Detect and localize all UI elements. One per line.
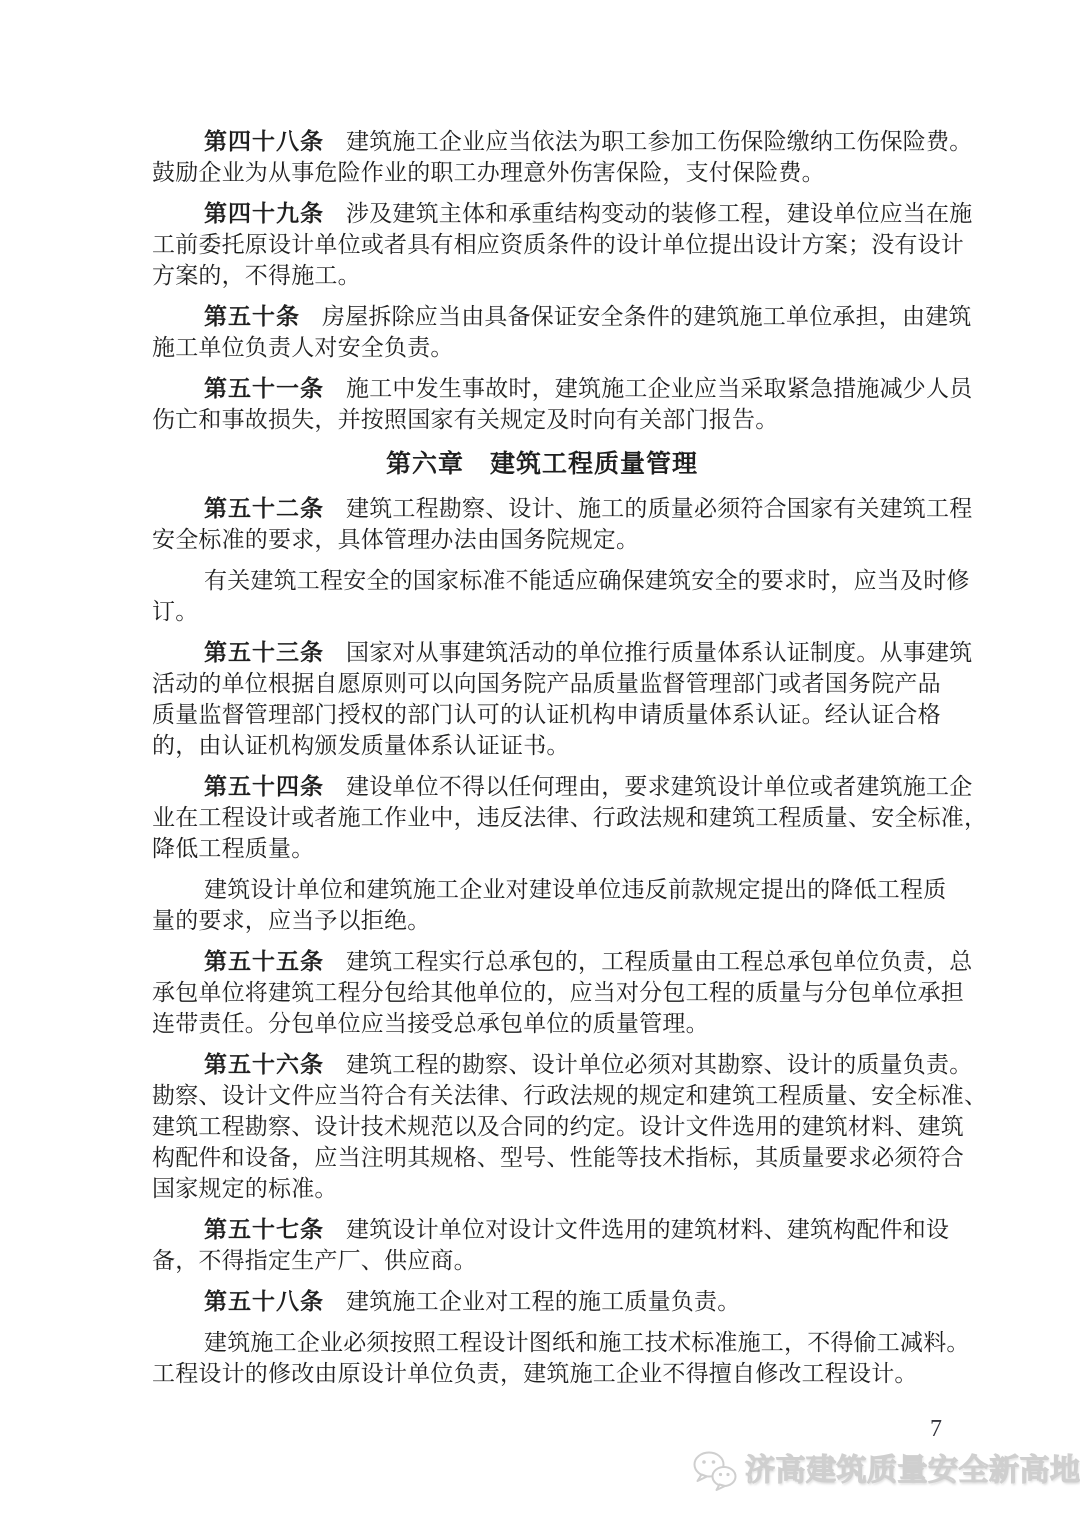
text-line: 伤亡和事故损失，并按照国家有关规定及时向有关部门报告。 — [152, 404, 932, 435]
article-paragraph: 第五十六条建筑工程的勘察、设计单位必须对其勘察、设计的质量负责。勘察、设计文件应… — [152, 1049, 932, 1204]
text-line: 安全标准的要求，具体管理办法由国务院规定。 — [152, 524, 932, 555]
article-number-label: 第五十三条 — [204, 639, 324, 665]
article-paragraph: 第五十三条国家对从事建筑活动的单位推行质量体系认证制度。从事建筑活动的单位根据自… — [152, 637, 932, 761]
text-line: 有关建筑工程安全的国家标准不能适应确保建筑安全的要求时，应当及时修 — [152, 565, 932, 596]
wechat-icon — [692, 1450, 738, 1492]
text-line: 建筑工程勘察、设计技术规范以及合同的约定。设计文件选用的建筑材料、建筑 — [152, 1111, 932, 1142]
text-line: 业在工程设计或者施工作业中，违反法律、行政法规和建筑工程质量、安全标准， — [152, 802, 932, 833]
text-line: 构配件和设备，应当注明其规格、型号、性能等技术指标，其质量要求必须符合 — [152, 1142, 932, 1173]
text-line: 第五十二条建筑工程勘察、设计、施工的质量必须符合国家有关建筑工程 — [152, 493, 932, 524]
article-paragraph: 第五十四条建设单位不得以任何理由，要求建筑设计单位或者建筑施工企业在工程设计或者… — [152, 771, 932, 864]
article-text: 建筑工程勘察、设计、施工的质量必须符合国家有关建筑工程 — [346, 496, 972, 521]
article-number-label: 第五十六条 — [204, 1051, 324, 1077]
document-page: { "page": { "number": "7", "background_c… — [0, 0, 1080, 1527]
article-text: 建筑工程实行总承包的，工程质量由工程总承包单位负责，总 — [346, 949, 972, 974]
text-line: 建筑施工企业必须按照工程设计图纸和施工技术标准施工，不得偷工减料。 — [152, 1327, 932, 1358]
text-line: 第四十八条建筑施工企业应当依法为职工参加工伤保险缴纳工伤保险费。 — [152, 126, 932, 157]
article-paragraph: 第五十八条建筑施工企业对工程的施工质量负责。 — [152, 1286, 932, 1317]
body-paragraph: 建筑设计单位和建筑施工企业对建设单位违反前款规定提出的降低工程质量的要求，应当予… — [152, 874, 932, 936]
text-line: 第五十八条建筑施工企业对工程的施工质量负责。 — [152, 1286, 932, 1317]
text-line: 施工单位负责人对安全负责。 — [152, 332, 932, 363]
text-line: 第五十三条国家对从事建筑活动的单位推行质量体系认证制度。从事建筑 — [152, 637, 932, 668]
article-paragraph: 第五十七条建筑设计单位对设计文件选用的建筑材料、建筑构配件和设备，不得指定生产厂… — [152, 1214, 932, 1276]
article-number-label: 第五十七条 — [204, 1216, 324, 1242]
text-line: 方案的，不得施工。 — [152, 260, 932, 291]
body-paragraph: 有关建筑工程安全的国家标准不能适应确保建筑安全的要求时，应当及时修订。 — [152, 565, 932, 627]
article-text: 房屋拆除应当由具备保证安全条件的建筑施工单位承担，由建筑 — [322, 304, 972, 329]
article-text: 建筑设计单位对设计文件选用的建筑材料、建筑构配件和设 — [346, 1217, 949, 1242]
text-line: 鼓励企业为从事危险作业的职工办理意外伤害保险，支付保险费。 — [152, 157, 932, 188]
text-line: 建筑设计单位和建筑施工企业对建设单位违反前款规定提出的降低工程质 — [152, 874, 932, 905]
text-line: 量的要求，应当予以拒绝。 — [152, 905, 932, 936]
text-line: 第五十条房屋拆除应当由具备保证安全条件的建筑施工单位承担，由建筑 — [152, 301, 932, 332]
text-line: 国家规定的标准。 — [152, 1173, 932, 1204]
text-line: 工程设计的修改由原设计单位负责，建筑施工企业不得擅自修改工程设计。 — [152, 1358, 932, 1389]
article-number-label: 第五十一条 — [204, 375, 324, 401]
article-text: 施工中发生事故时，建筑施工企业应当采取紧急措施减少人员 — [346, 376, 972, 401]
text-line: 活动的单位根据自愿原则可以向国务院产品质量监督管理部门或者国务院产品 — [152, 668, 932, 699]
text-line: 质量监督管理部门授权的部门认可的认证机构申请质量体系认证。经认证合格 — [152, 699, 932, 730]
text-line: 第五十七条建筑设计单位对设计文件选用的建筑材料、建筑构配件和设 — [152, 1214, 932, 1245]
watermark: 济高建筑质量安全新高地 — [692, 1450, 1080, 1492]
article-paragraph: 第五十一条施工中发生事故时，建筑施工企业应当采取紧急措施减少人员伤亡和事故损失，… — [152, 373, 932, 435]
article-paragraph: 第四十九条涉及建筑主体和承重结构变动的装修工程，建设单位应当在施工前委托原设计单… — [152, 198, 932, 291]
text-line: 订。 — [152, 596, 932, 627]
article-text: 建筑施工企业对工程的施工质量负责。 — [346, 1289, 740, 1314]
article-number-label: 第四十八条 — [204, 128, 324, 154]
article-text: 建设单位不得以任何理由，要求建筑设计单位或者建筑施工企 — [346, 774, 972, 799]
text-line: 勘察、设计文件应当符合有关法律、行政法规的规定和建筑工程质量、安全标准、 — [152, 1080, 932, 1111]
article-text: 建筑施工企业应当依法为职工参加工伤保险缴纳工伤保险费。 — [346, 129, 972, 154]
article-number-label: 第五十二条 — [204, 495, 324, 521]
article-text: 涉及建筑主体和承重结构变动的装修工程，建设单位应当在施 — [346, 201, 972, 226]
article-number-label: 第五十四条 — [204, 773, 324, 799]
text-line: 的，由认证机构颁发质量体系认证证书。 — [152, 730, 932, 761]
article-number-label: 第五十八条 — [204, 1288, 324, 1314]
watermark-text: 济高建筑质量安全新高地 — [745, 1450, 1080, 1492]
article-text: 国家对从事建筑活动的单位推行质量体系认证制度。从事建筑 — [346, 640, 972, 665]
text-line: 工前委托原设计单位或者具有相应资质条件的设计单位提出设计方案；没有设计 — [152, 229, 932, 260]
article-paragraph: 第四十八条建筑施工企业应当依法为职工参加工伤保险缴纳工伤保险费。鼓励企业为从事危… — [152, 126, 932, 188]
article-text: 建筑工程的勘察、设计单位必须对其勘察、设计的质量负责。 — [346, 1052, 972, 1077]
text-line: 连带责任。分包单位应当接受总承包单位的质量管理。 — [152, 1008, 932, 1039]
text-line: 第四十九条涉及建筑主体和承重结构变动的装修工程，建设单位应当在施 — [152, 198, 932, 229]
text-line: 备，不得指定生产厂、供应商。 — [152, 1245, 932, 1276]
body-paragraph: 建筑施工企业必须按照工程设计图纸和施工技术标准施工，不得偷工减料。工程设计的修改… — [152, 1327, 932, 1389]
page-number: 7 — [930, 1414, 942, 1444]
document-body: 第四十八条建筑施工企业应当依法为职工参加工伤保险缴纳工伤保险费。鼓励企业为从事危… — [152, 126, 932, 1389]
text-line: 第五十六条建筑工程的勘察、设计单位必须对其勘察、设计的质量负责。 — [152, 1049, 932, 1080]
text-line: 第五十四条建设单位不得以任何理由，要求建筑设计单位或者建筑施工企 — [152, 771, 932, 802]
text-line: 第五十一条施工中发生事故时，建筑施工企业应当采取紧急措施减少人员 — [152, 373, 932, 404]
article-paragraph: 第五十五条建筑工程实行总承包的，工程质量由工程总承包单位负责，总承包单位将建筑工… — [152, 946, 932, 1039]
article-number-label: 第五十五条 — [204, 948, 324, 974]
article-paragraph: 第五十条房屋拆除应当由具备保证安全条件的建筑施工单位承担，由建筑施工单位负责人对… — [152, 301, 932, 363]
article-paragraph: 第五十二条建筑工程勘察、设计、施工的质量必须符合国家有关建筑工程安全标准的要求，… — [152, 493, 932, 555]
article-number-label: 第五十条 — [204, 303, 300, 329]
chapter-heading: 第六章 建筑工程质量管理 — [152, 447, 932, 481]
article-number-label: 第四十九条 — [204, 200, 324, 226]
text-line: 第五十五条建筑工程实行总承包的，工程质量由工程总承包单位负责，总 — [152, 946, 932, 977]
text-line: 降低工程质量。 — [152, 833, 932, 864]
text-line: 承包单位将建筑工程分包给其他单位的，应当对分包工程的质量与分包单位承担 — [152, 977, 932, 1008]
